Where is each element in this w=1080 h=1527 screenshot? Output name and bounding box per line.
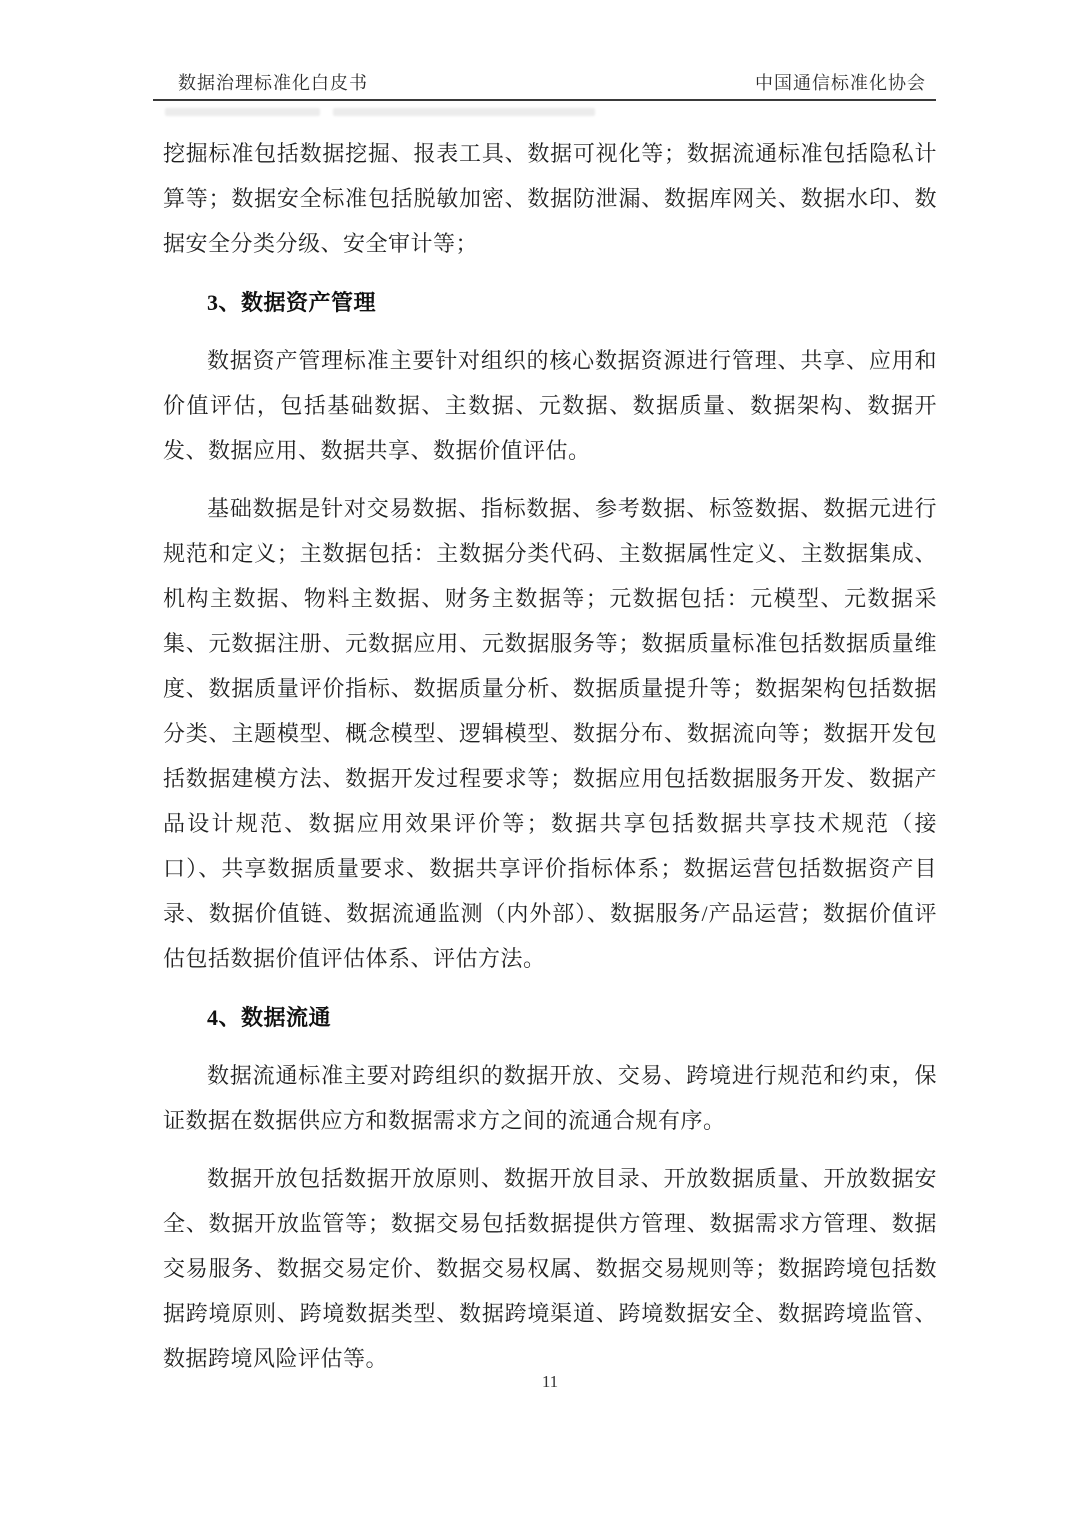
paragraph: 基础数据是针对交易数据、指标数据、参考数据、标签数据、数据元进行规范和定义；主数… xyxy=(163,486,937,981)
paragraph: 数据开放包括数据开放原则、数据开放目录、开放数据质量、开放数据安全、数据开放监管… xyxy=(163,1156,937,1381)
header-organization: 中国通信标准化协会 xyxy=(755,72,926,94)
page-footer: 11 xyxy=(163,1372,937,1392)
header-document-title: 数据治理标准化白皮书 xyxy=(178,72,368,94)
scan-artifact xyxy=(333,108,595,116)
page-number: 11 xyxy=(542,1372,558,1391)
section-heading-data-circulation: 4、数据流通 xyxy=(163,995,937,1040)
page-body: 挖掘标准包括数据挖掘、报表工具、数据可视化等；数据流通标准包括隐私计算等；数据安… xyxy=(163,131,937,1381)
document-page: 数据治理标准化白皮书 中国通信标准化协会 挖掘标准包括数据挖掘、报表工具、数据可… xyxy=(0,0,1080,1527)
scan-artifact xyxy=(165,108,320,116)
paragraph: 数据流通标准主要对跨组织的数据开放、交易、跨境进行规范和约束，保证数据在数据供应… xyxy=(163,1053,937,1143)
section-heading-data-asset-management: 3、数据资产管理 xyxy=(163,280,937,325)
page-header: 数据治理标准化白皮书 中国通信标准化协会 xyxy=(153,72,936,101)
paragraph-continuation: 挖掘标准包括数据挖掘、报表工具、数据可视化等；数据流通标准包括隐私计算等；数据安… xyxy=(163,131,937,266)
paragraph: 数据资产管理标准主要针对组织的核心数据资源进行管理、共享、应用和价值评估，包括基… xyxy=(163,338,937,473)
